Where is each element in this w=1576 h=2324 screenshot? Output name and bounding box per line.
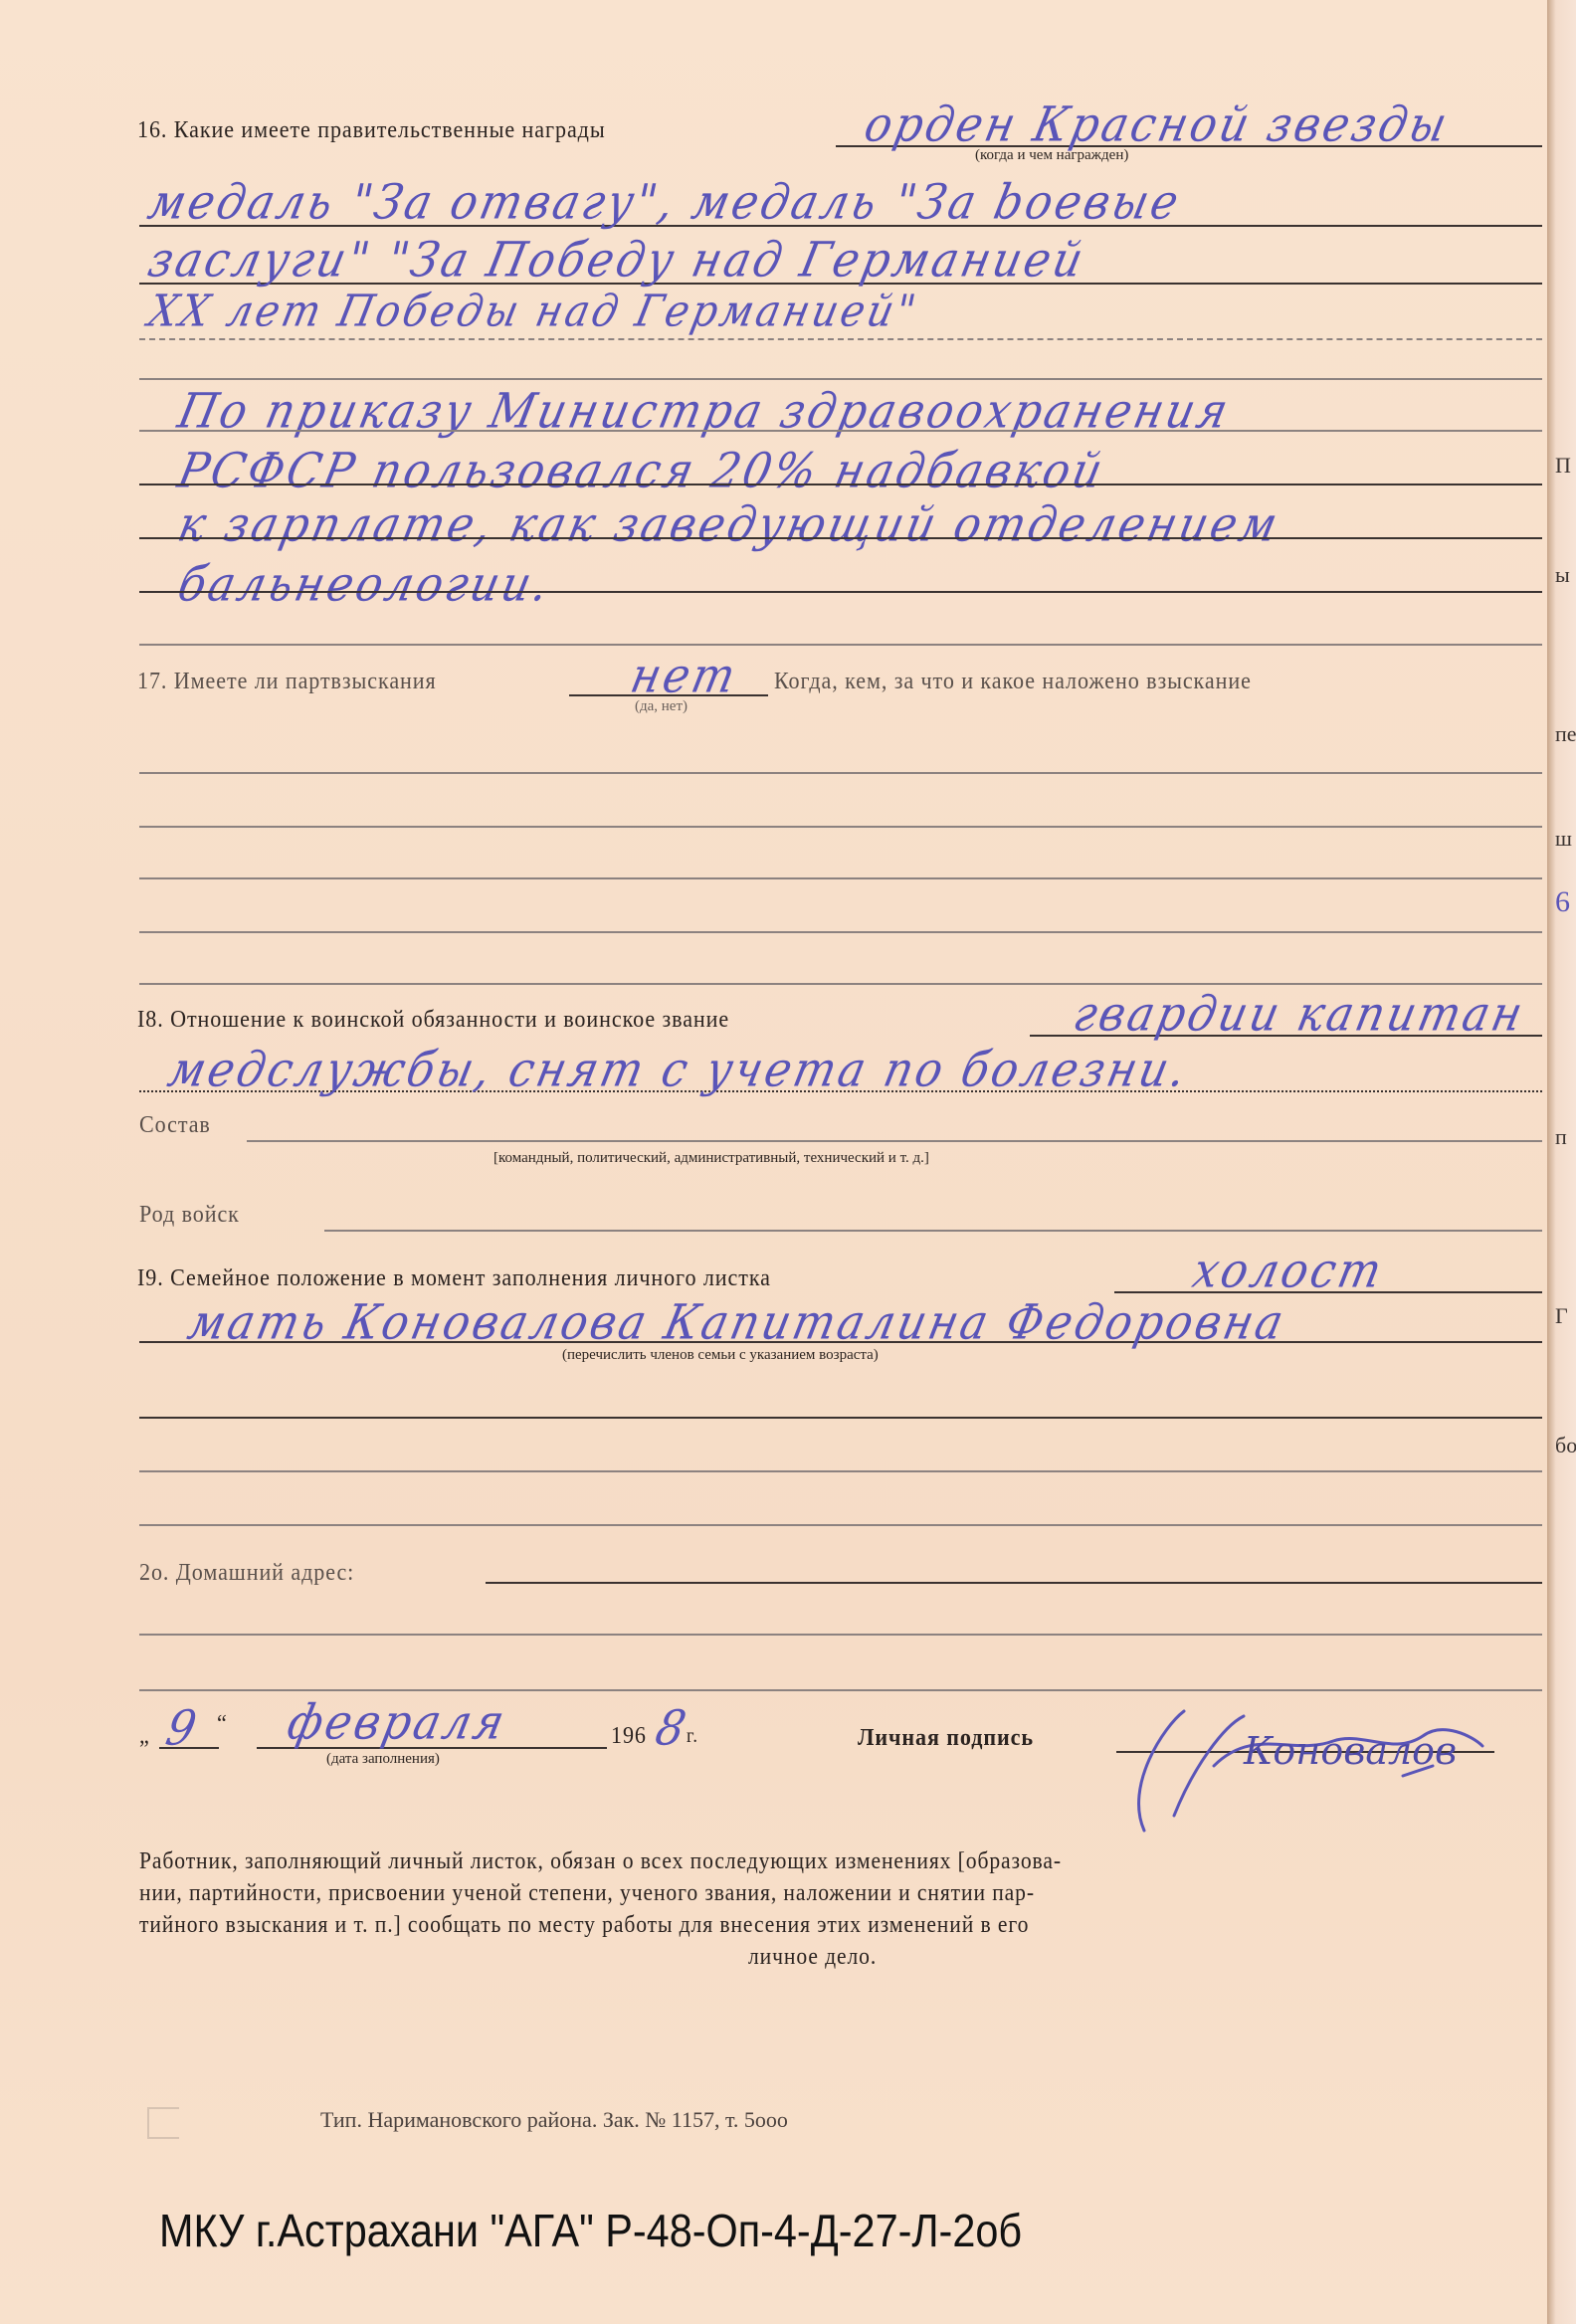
edge-fragment: Г [1555,1303,1568,1329]
q19-label: I9. Семейное положение в момент заполнен… [137,1265,771,1292]
q18-answer-line: медслужбы, снят с учета по болезни. [163,1042,1194,1097]
date-month: февраля [283,1694,512,1750]
q18-sostav-hint: [командный, политический, административн… [493,1150,929,1167]
archive-reference: МКУ г.Астрахани "АГА" Р-48-Оп-4-Д-27-Л-2… [159,2204,1022,2257]
adjacent-page-edge [1547,0,1576,2324]
notice-line: личное дело. [748,1944,877,1971]
notice-line: Работник, заполняющий личный листок, обя… [139,1848,1062,1875]
q17-answer: нет [626,648,743,703]
q18-rod-label: Род войск [139,1202,240,1229]
q19-answer-line: мать Коновалова Капиталина Федоровна [183,1294,1290,1350]
q18-sostav-label: Состав [139,1112,211,1139]
q17-label: 17. Имеете ли партвзыскания [137,669,437,695]
stamp-smudge [147,2107,179,2139]
q18-label: I8. Отношение к воинской обязанности и в… [137,1007,729,1034]
signature-scribble: Коновалов [1104,1706,1502,1836]
q16-extra-line: к зарплате, как заведующий отделением [173,496,1284,552]
q16-answer-line: орден Красной звезды [860,97,1455,152]
edge-fragment: бо [1555,1433,1576,1458]
date-year-prefix: 196 [611,1723,647,1750]
edge-fragment: пе [1555,721,1576,747]
q16-label: 16. Какие имеете правительственные награ… [137,117,606,144]
printer-imprint: Тип. Наримановского района. Зак. № 1157,… [320,2107,788,2133]
q17-label-continued: Когда, кем, за что и какое наложено взыс… [774,669,1252,695]
edge-fragment: ш [1555,826,1572,852]
q19-answer-line: холост [1188,1243,1389,1298]
edge-fragment: п [1555,1124,1567,1150]
svg-text:Коновалов: Коновалов [1243,1729,1457,1773]
q16-answer-line: медаль "За отвагу", медаль "За boевые [143,174,1186,230]
q19-hint: (перечислить членов семьи с указанием во… [562,1347,879,1364]
q16-answer-line: XX лет Победы над Германией" [144,287,923,337]
date-year-suffix: г. [687,1725,698,1748]
date-hint: (дата заполнения) [326,1751,440,1768]
q18-answer-line: гвардии капитан [1069,986,1530,1042]
edge-fragment: 6 [1555,885,1570,919]
notice-line: тийного взыскания и т. п.] сообщать по м… [139,1912,1029,1939]
q20-label: 2о. Домашний адрес: [139,1560,354,1587]
q17-hint: (да, нет) [635,698,688,715]
edge-fragment: ы [1555,562,1570,588]
q16-answer-line: заслуги" "За Победу над Германией [143,232,1090,288]
notice-line: нии, партийности, присвоении ученой степ… [139,1880,1035,1907]
edge-fragment: П [1555,453,1571,479]
q16-extra-line: бальнеологии. [173,556,556,612]
q16-extra-line: РСФСР пользовался 20% надбавкой [173,443,1110,498]
signature-label: Личная подпись [858,1725,1034,1752]
